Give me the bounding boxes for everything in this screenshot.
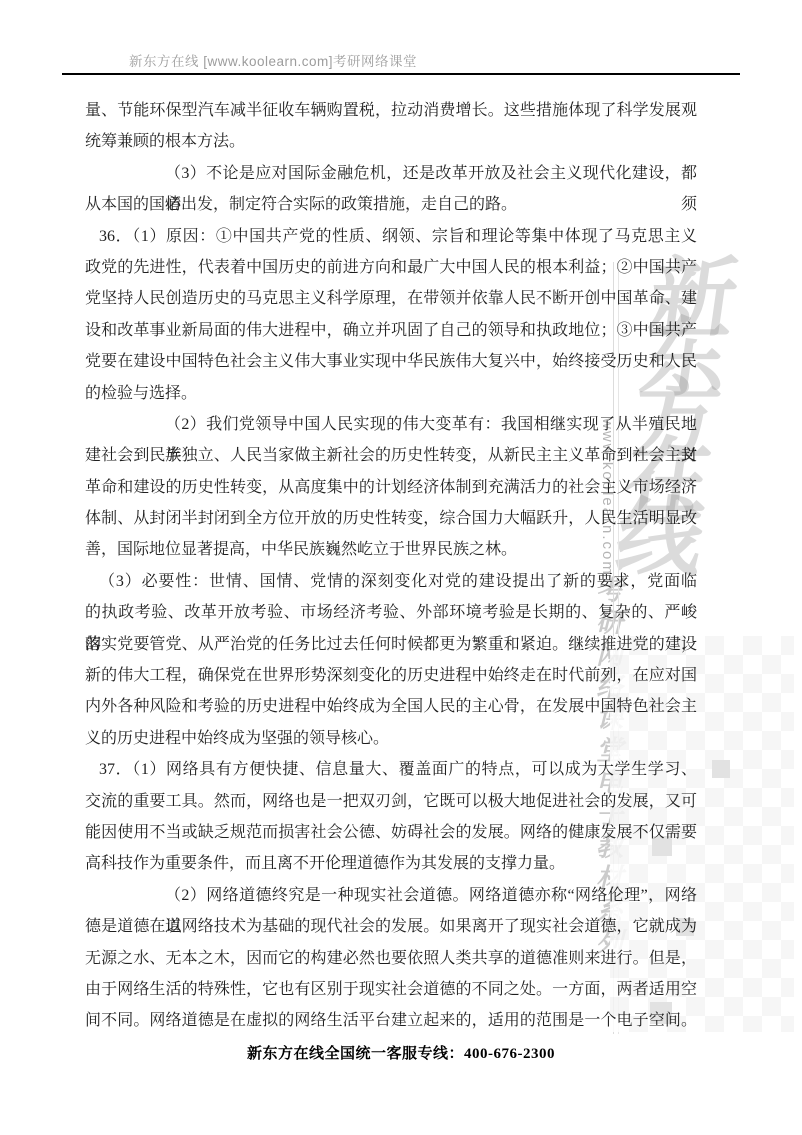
header-brand: 新东方在线 [www.koolearn.com]考研网络课堂	[129, 50, 417, 70]
text-line: 37．（1）网络具有方便快捷、信息量大、覆盖面广的特点，可以成为大学生学习、	[85, 754, 697, 785]
text-line: 党要在建设中国特色社会主义伟大事业实现中华民族伟大复兴中，始终接受历史和人民	[85, 346, 697, 377]
text-line: 党坚持人民创造历史的马克思主义科学原理，在带领并依靠人民不断开创中国革命、建	[85, 283, 697, 314]
text-line: 新的伟大工程，确保党在世界形势深刻变化的历史进程中始终走在时代前列，在应对国	[85, 660, 697, 691]
text-line: 善，国际地位显著提高，中华民族巍然屹立于世界民族之林。	[85, 534, 697, 565]
body-lines: 量、节能环保型汽车减半征收车辆购置税，拉动消费增长。这些措施体现了科学发展观统筹…	[85, 95, 697, 1037]
text-line: （2）我们党领导中国人民实现的伟大变革有：我国相继实现了从半殖民地半封	[85, 409, 697, 440]
text-line: 交流的重要工具。然而，网络也是一把双刃剑，它既可以极大地促进社会的发展，又可	[85, 786, 697, 817]
text-line: 设和改革事业新局面的伟大进程中，确立并巩固了自己的领导和执政地位；③中国共产	[85, 315, 697, 346]
document-page: 新东方在线 [www.koolearn.com]考研网络课堂 新东方在线 www…	[0, 0, 802, 1135]
checkerboard-dark-square	[712, 760, 730, 778]
text-line: 落实党要管党、从严治党的任务比过去任何时候都更为繁重和紧迫。继续推进党的建设	[85, 629, 697, 660]
text-line: 36．（1）原因：①中国共产党的性质、纲领、宗旨和理论等集中体现了马克思主义	[85, 221, 697, 252]
text-line: 德是道德在以网络技术为基础的现代社会的发展。如果离开了现实社会道德，它就成为	[85, 911, 697, 942]
text-line: 量、节能环保型汽车减半征收车辆购置税，拉动消费增长。这些措施体现了科学发展观	[85, 95, 697, 126]
text-line: （2）网络道德终究是一种现实社会道德。网络道德亦称“网络伦理”，网络道	[85, 880, 697, 911]
text-line: 义的历史进程中始终成为坚强的领导核心。	[85, 723, 697, 754]
text-line: 由于网络生活的特殊性，它也有区别于现实社会道德的不同之处。一方面，两者适用空	[85, 974, 697, 1005]
text-line: 革命和建设的历史性转变，从高度集中的计划经济体制到充满活力的社会主义市场经济	[85, 472, 697, 503]
text-line: （3）不论是应对国际金融危机，还是改革开放及社会主义现代化建设，都必须	[85, 158, 697, 189]
footer-service: 新东方在线全国统一客服专线：400-676-2300	[0, 1042, 802, 1063]
text-line: 体制、从封闭半封闭到全方位开放的历史性转变，综合国力大幅跃升，人民生活明显改	[85, 503, 697, 534]
text-line: 无源之水、无本之木，因而它的构建必然也要依照人类共享的道德准则来进行。但是，	[85, 943, 697, 974]
text-line: 高科技作为重要条件，而且离不开伦理道德作为其发展的支撑力量。	[85, 848, 697, 879]
text-line: 统筹兼顾的根本方法。	[85, 126, 697, 157]
text-line: 政党的先进性，代表着中国历史的前进方向和最广大中国人民的根本利益；②中国共产	[85, 252, 697, 283]
header-rule	[62, 73, 740, 75]
text-line: 建社会到民族独立、人民当家做主新社会的历史性转变，从新民主主义革命到社会主义	[85, 440, 697, 471]
text-line: 能因使用不当或缺乏规范而损害社会公德、妨碍社会的发展。网络的健康发展不仅需要	[85, 817, 697, 848]
text-line: 的执政考验、改革开放考验、市场经济考验、外部环境考验是长期的、复杂的、严峻的，	[85, 597, 697, 628]
text-line: 内外各种风险和考验的历史进程中始终成为全国人民的主心骨，在发展中国特色社会主	[85, 691, 697, 722]
text-line: 间不同。网络道德是在虚拟的网络生活平台建立起来的，适用的范围是一个电子空间。	[85, 1005, 697, 1036]
text-line: 的检验与选择。	[85, 378, 697, 409]
text-line: （3）必要性：世情、国情、党情的深刻变化对党的建设提出了新的要求，党面临	[85, 566, 697, 597]
